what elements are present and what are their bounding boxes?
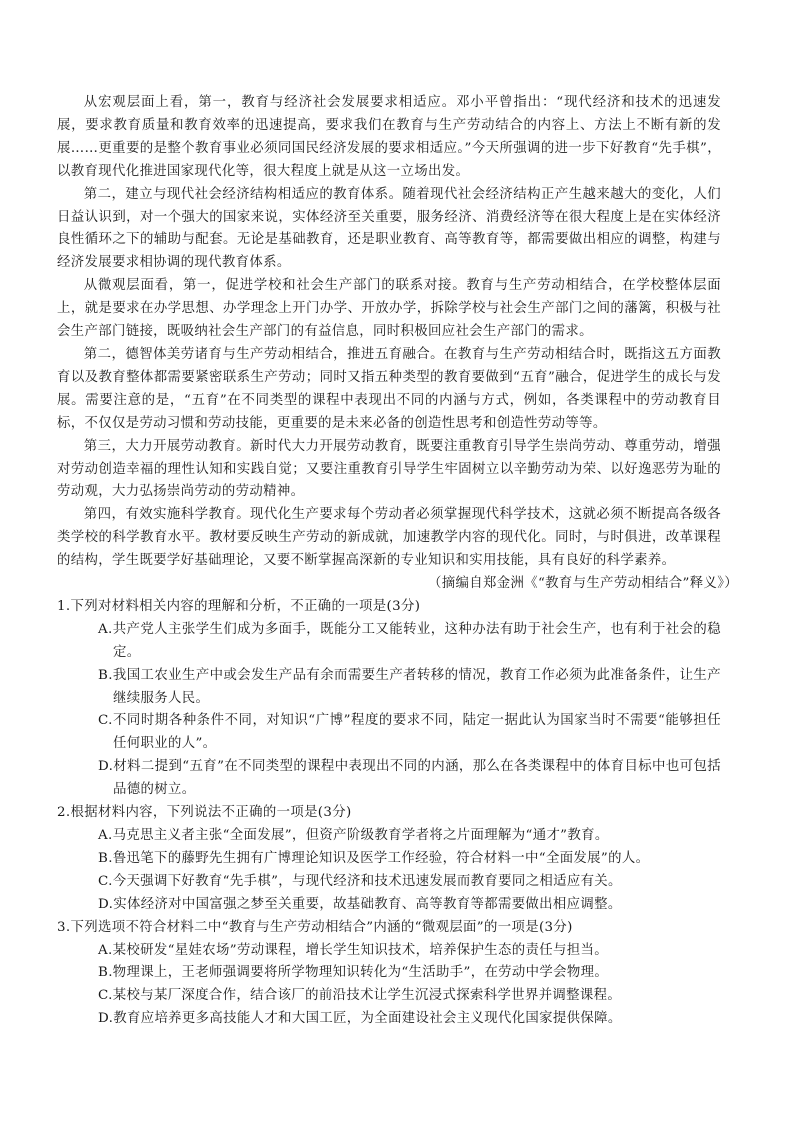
option-text: 共产党人主张学生们成为多面手，既能分工又能转业，这种办法有助于社会生产，也有利于… <box>113 622 721 660</box>
passage-paragraph-2: 第二，建立与现代社会经济结构相适应的教育体系。随着现代社会经济结构正产生越来越大… <box>57 184 721 276</box>
question-stem: 2.根据材料内容，下列说法不正确的一项是(3分) <box>57 802 721 825</box>
option-text: 马克思主义者主张“全面发展”，但资产阶级教育学者将之片面理解为“通才”教育。 <box>113 828 609 843</box>
option-label: C. <box>98 713 113 728</box>
question-2: 2.根据材料内容，下列说法不正确的一项是(3分) A.马克思主义者主张“全面发展… <box>57 802 721 917</box>
passage-paragraph-6: 第四，有效实施科学教育。现代化生产要求每个劳动者必须掌握现代科学技术，这就必须不… <box>57 504 721 573</box>
option-text: 材料二提到“五育”在不同类型的课程中表现出不同的内涵，那么在各类课程中的体育目标… <box>113 759 721 797</box>
passage-paragraph-3: 从微观层面看，第一，促进学校和社会生产部门的联系对接。教育与生产劳动相结合，在学… <box>57 275 721 344</box>
option-label: D. <box>98 759 113 774</box>
document-page: 从宏观层面上看，第一，教育与经济社会发展要求相适应。邓小平曾指出：“现代经济和技… <box>57 92 721 1031</box>
question-stem: 1.下列对材料相关内容的理解和分析，不正确的一项是(3分) <box>57 596 721 619</box>
option-text: 不同时期各种条件不同，对知识“广博”程度的要求不同，陆定一据此认为国家当时不需要… <box>113 713 721 751</box>
passage-source: （摘编自郑金洲《“教育与生产劳动相结合”释义》） <box>57 573 738 596</box>
option-b: B.物理课上，王老师强调要将所学物理知识转化为“生活助手”，在劳动中学会物理。 <box>98 962 721 985</box>
option-c: C.今天强调下好教育“先手棋”，与现代经济和技术迅速发展而教育要同之相适应有关。 <box>98 871 721 894</box>
option-c: C.某校与某厂深度合作，结合该厂的前沿技术让学生沉浸式探索科学世界并调整课程。 <box>98 985 721 1008</box>
option-b: B.鲁迅笔下的藤野先生拥有广博理论知识及医学工作经验，符合材料一中“全面发展”的… <box>98 848 721 871</box>
option-label: B. <box>98 965 113 980</box>
option-d: D.实体经济对中国富强之梦至关重要，故基础教育、高等教育等都需要做出相应调整。 <box>98 894 721 917</box>
option-text: 教育应培养更多高技能人才和大国工匠，为全面建设社会主义现代化国家提供保障。 <box>113 1011 621 1026</box>
option-label: B. <box>98 668 113 683</box>
option-text: 鲁迅笔下的藤野先生拥有广博理论知识及医学工作经验，符合材料一中“全面发展”的人。 <box>113 851 650 866</box>
option-a: A.共产党人主张学生们成为多面手，既能分工又能转业，这种办法有助于社会生产，也有… <box>98 619 721 665</box>
option-d: D.教育应培养更多高技能人才和大国工匠，为全面建设社会主义现代化国家提供保障。 <box>98 1008 721 1031</box>
option-text: 我国工农业生产中或会发生产品有余而需要生产者转移的情况，教育工作必须为此准备条件… <box>113 668 721 706</box>
option-label: D. <box>98 897 113 912</box>
passage-paragraph-4: 第二，德智体美劳诸育与生产劳动相结合，推进五育融合。在教育与生产劳动相结合时，既… <box>57 344 721 436</box>
option-a: A.某校研发“星娃农场”劳动课程，增长学生知识技术，培养保护生态的责任与担当。 <box>98 940 721 963</box>
option-label: A. <box>98 622 113 637</box>
option-label: C. <box>98 988 113 1003</box>
option-text: 今天强调下好教育“先手棋”，与现代经济和技术迅速发展而教育要同之相适应有关。 <box>113 874 622 889</box>
question-1: 1.下列对材料相关内容的理解和分析，不正确的一项是(3分) A.共产党人主张学生… <box>57 596 721 802</box>
option-d: D.材料二提到“五育”在不同类型的课程中表现出不同的内涵，那么在各类课程中的体育… <box>98 756 721 802</box>
question-3: 3.下列选项不符合材料二中“教育与生产劳动相结合”内涵的“微观层面”的一项是(3… <box>57 917 721 1032</box>
option-label: C. <box>98 874 113 889</box>
option-label: B. <box>98 851 113 866</box>
passage-paragraph-5: 第三，大力开展劳动教育。新时代大力开展劳动教育，既要注重教育引导学生崇尚劳动、尊… <box>57 436 721 505</box>
question-stem: 3.下列选项不符合材料二中“教育与生产劳动相结合”内涵的“微观层面”的一项是(3… <box>57 917 721 940</box>
reading-passage: 从宏观层面上看，第一，教育与经济社会发展要求相适应。邓小平曾指出：“现代经济和技… <box>57 92 721 596</box>
option-label: A. <box>98 943 113 958</box>
option-a: A.马克思主义者主张“全面发展”，但资产阶级教育学者将之片面理解为“通才”教育。 <box>98 825 721 848</box>
option-text: 某校研发“星娃农场”劳动课程，增长学生知识技术，培养保护生态的责任与担当。 <box>113 943 608 958</box>
option-label: D. <box>98 1011 113 1026</box>
option-text: 某校与某厂深度合作，结合该厂的前沿技术让学生沉浸式探索科学世界并调整课程。 <box>113 988 621 1003</box>
option-text: 物理课上，王老师强调要将所学物理知识转化为“生活助手”，在劳动中学会物理。 <box>113 965 608 980</box>
option-b: B.我国工农业生产中或会发生产品有余而需要生产者转移的情况，教育工作必须为此准备… <box>98 665 721 711</box>
option-text: 实体经济对中国富强之梦至关重要，故基础教育、高等教育等都需要做出相应调整。 <box>113 897 621 912</box>
passage-paragraph-1: 从宏观层面上看，第一，教育与经济社会发展要求相适应。邓小平曾指出：“现代经济和技… <box>57 92 721 184</box>
option-c: C.不同时期各种条件不同，对知识“广博”程度的要求不同，陆定一据此认为国家当时不… <box>98 710 721 756</box>
option-label: A. <box>98 828 113 843</box>
